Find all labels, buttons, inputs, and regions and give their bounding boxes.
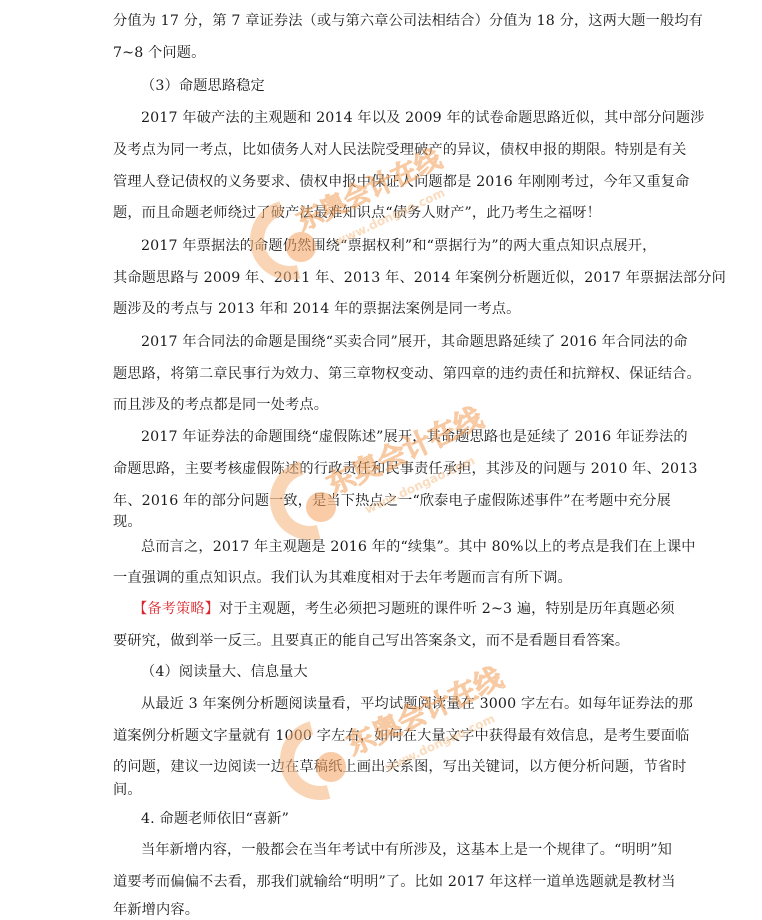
text-line: 道案例分析题文字量就有 1000 字左右，如何在大量文字中获得最有效信息，是考生… [113,726,690,746]
text-line: 2017 年证券法的命题围绕“虚假陈述”展开，其命题思路也是延续了 2016 年… [141,427,688,447]
text-line: 的问题，建议一边阅读一边在草稿纸上画出关系图，写出关键词，以方便分析问题，节省时 [113,757,687,777]
text-line: 一直强调的重点知识点。我们认为其难度相对于去年考题而言有所下调。 [113,568,572,588]
text-line: 当年新增内容，一般都会在当年考试中有所涉及，这基本上是一个规律了。“明明”知 [141,840,672,860]
text-line: 从最近 3 年案例分析题阅读量看，平均试题阅读量在 3000 字左右。如每年证券… [141,694,693,714]
section-heading: 4. 命题老师依旧“喜新” [141,809,289,829]
text-line: 年、2016 年的部分问题一致，是当下热点之一“欣泰电子虚假陈述事件”在考题中充… [113,491,671,511]
text-line: 2017 年合同法的命题是围绕“买卖合同”展开，其命题思路延续了 2016 年合… [141,332,688,352]
strategy-line: 【备考策略】对于主观题，考生必须把习题班的课件听 2~3 遍，特别是历年真题必须 [133,599,675,619]
text-line: 题，而且命题老师绕过了破产法最难知识点“债务人财产”，此乃考生之福呀！ [113,203,601,223]
text-line: 年新增内容。 [113,900,199,920]
text-line: 分值为 17 分，第 7 章证券法（或与第六章公司法相结合）分值为 18 分，这… [113,11,703,31]
text-line: 及考点为同一考点，比如债务人对人民法院受理破产的异议，债权申报的期限。特别是有关 [113,140,687,160]
text-line: 总而言之，2017 年主观题是 2016 年的“续集”。其中 80%以上的考点是… [141,537,696,557]
text-line: 现。 [113,512,142,532]
text-line: 命题思路，主要考核虚假陈述的行政责任和民事责任承担，其涉及的问题与 2010 年… [113,459,698,479]
text-line: 而且涉及的考点都是同一处考点。 [113,395,328,415]
text-line: 其命题思路与 2009 年、2011 年、2013 年、2014 年案例分析题近… [113,268,726,288]
watermark-brand: 东奥会计在线 [319,396,488,503]
section-heading: （3）命题思路稳定 [141,76,265,96]
text-line: 2017 年破产法的主观题和 2014 年以及 2009 年的试卷命题思路近似，… [141,108,705,128]
text-line: 题涉及的考点与 2013 年和 2014 年的票据法案例是同一考点。 [113,299,520,319]
text-line: 题思路，将第二章民事行为效力、第三章物权变动、第四章的违约责任和抗辩权、保证结合… [113,364,701,384]
strategy-text: 对于主观题，考生必须把习题班的课件听 2~3 遍，特别是历年真题必须 [219,601,675,617]
text-line: 要研究，做到举一反三。且要真正的能自己写出答案条文，而不是看题目看答案。 [113,631,629,651]
strategy-label: 【备考策略】 [133,601,219,617]
text-line: 管理人登记债权的义务要求、债权申报中保证人问题都是 2016 年刚刚考过，今年又… [113,172,690,192]
text-line: 间。 [113,780,142,800]
text-line: 2017 年票据法的命题仍然围绕“票据权利”和“票据行为”的两大重点知识点展开， [141,236,656,256]
section-heading: （4）阅读量大、信息量大 [141,662,308,682]
text-line: 7~8 个问题。 [113,43,205,63]
text-line: 道要考而偏偏不去看，那我们就输给“明明”了。比如 2017 年这样一道单选题就是… [113,872,676,892]
